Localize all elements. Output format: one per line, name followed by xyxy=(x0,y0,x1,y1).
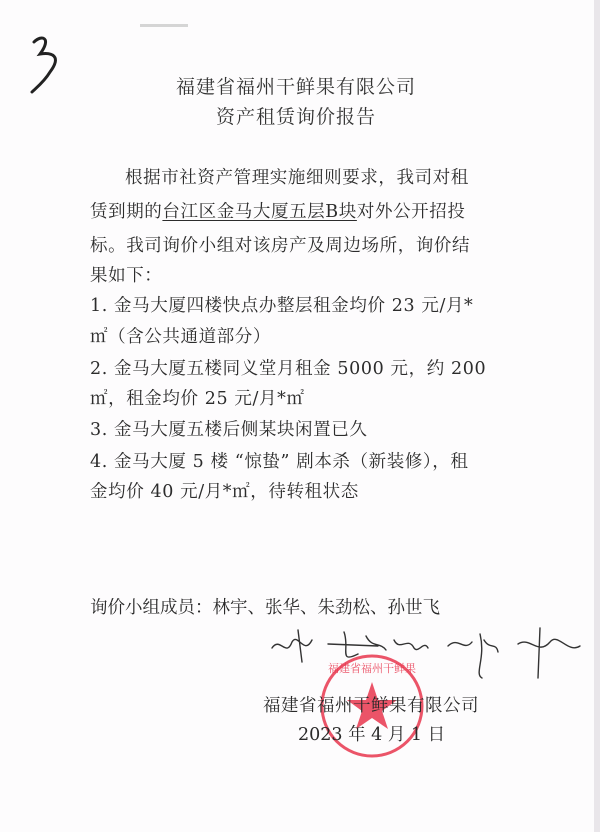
intro-line-2: 赁到期的台江区金马大厦五层B块对外公开招投 xyxy=(90,198,465,223)
finding-3-line-1: 3. 金马大厦五楼后侧某块闲置已久 xyxy=(90,416,367,441)
intro-line-4: 果如下： xyxy=(90,262,162,287)
report-date: 2023 年 4 月 1 日 xyxy=(298,721,445,746)
inquiry-team-members: 询价小组成员：林宇、张华、朱劲松、孙世飞 xyxy=(90,594,440,619)
company-title: 福建省福州干鲜果有限公司 xyxy=(0,72,596,99)
finding-4-line-1: 4. 金马大厦 5 楼 “惊蛰” 剧本杀（新装修），租 xyxy=(90,448,469,473)
finding-2-line-1: 2. 金马大厦五楼同义堂月租金 5000 元，约 200 xyxy=(90,355,486,380)
report-title: 资产租赁询价报告 xyxy=(0,102,596,129)
company-signature-name: 福建省福州干鲜果有限公司 xyxy=(263,692,479,717)
scan-mark xyxy=(140,24,188,27)
intro-line-1: 根据市社资产管理实施细则要求，我司对租 xyxy=(125,164,469,189)
members-label: 询价小组成员： xyxy=(90,598,213,618)
finding-1-line-1: 1. 金马大厦四楼快点办整层租金均价 23 元/月* xyxy=(90,292,473,317)
handwritten-signatures xyxy=(268,618,588,688)
intro-line-3: 标。我司询价小组对该房产及周边场所，询价结 xyxy=(90,232,470,257)
finding-1-line-2: ㎡（含公共通道部分） xyxy=(90,323,271,348)
finding-4-line-2: 金均价 40 元/月*㎡，待转租状态 xyxy=(90,478,359,503)
property-location: 台江区金马大厦五层B块 xyxy=(162,202,356,222)
members-names: 林宇、张华、朱劲松、孙世飞 xyxy=(213,598,441,618)
intro-suffix: 对外公开招投 xyxy=(357,202,466,222)
intro-prefix: 赁到期的 xyxy=(90,202,162,222)
document-page: 福建省福州干鲜果有限公司 资产租赁询价报告 根据市社资产管理实施细则要求，我司对… xyxy=(0,0,600,832)
finding-2-line-2: ㎡，租金均价 25 元/月*㎡ xyxy=(90,385,305,410)
svg-text:福建省福州干鲜果: 福建省福州干鲜果 xyxy=(328,661,416,675)
